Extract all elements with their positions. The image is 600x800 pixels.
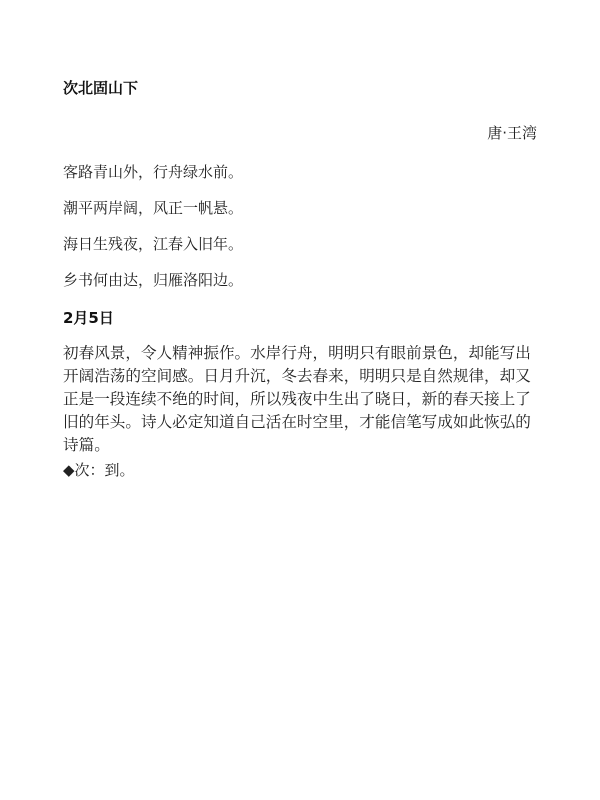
annotation-note: ◆次：到。 bbox=[63, 461, 135, 479]
poem-line: 客路青山外，行舟绿水前。 bbox=[63, 163, 243, 181]
paragraph-line: 初春风景，令人精神振作。水岸行舟，明明只有眼前景色，却能写出 bbox=[63, 344, 531, 362]
paragraph-line: 正是一段连续不绝的时间，所以残夜中生出了晓日，新的春天接上了 bbox=[63, 390, 531, 408]
poem-line: 潮平两岸阔，风正一帆悬。 bbox=[63, 199, 243, 217]
poem-title: 次北固山下 bbox=[63, 79, 138, 97]
poem-line: 乡书何由达，归雁洛阳边。 bbox=[63, 271, 243, 289]
paragraph-line: 诗篇。 bbox=[63, 436, 110, 454]
poem-line: 海日生残夜，江春入旧年。 bbox=[63, 235, 243, 253]
paragraph-line: 旧的年头。诗人必定知道自己活在时空里，才能信笔写成如此恢弘的 bbox=[63, 413, 531, 431]
poem-author: 唐·王湾 bbox=[487, 124, 537, 142]
entry-date: 2月5日 bbox=[63, 309, 114, 327]
paragraph-line: 开阔浩荡的空间感。日月升沉，冬去春来，明明只是自然规律，却又 bbox=[63, 367, 531, 385]
